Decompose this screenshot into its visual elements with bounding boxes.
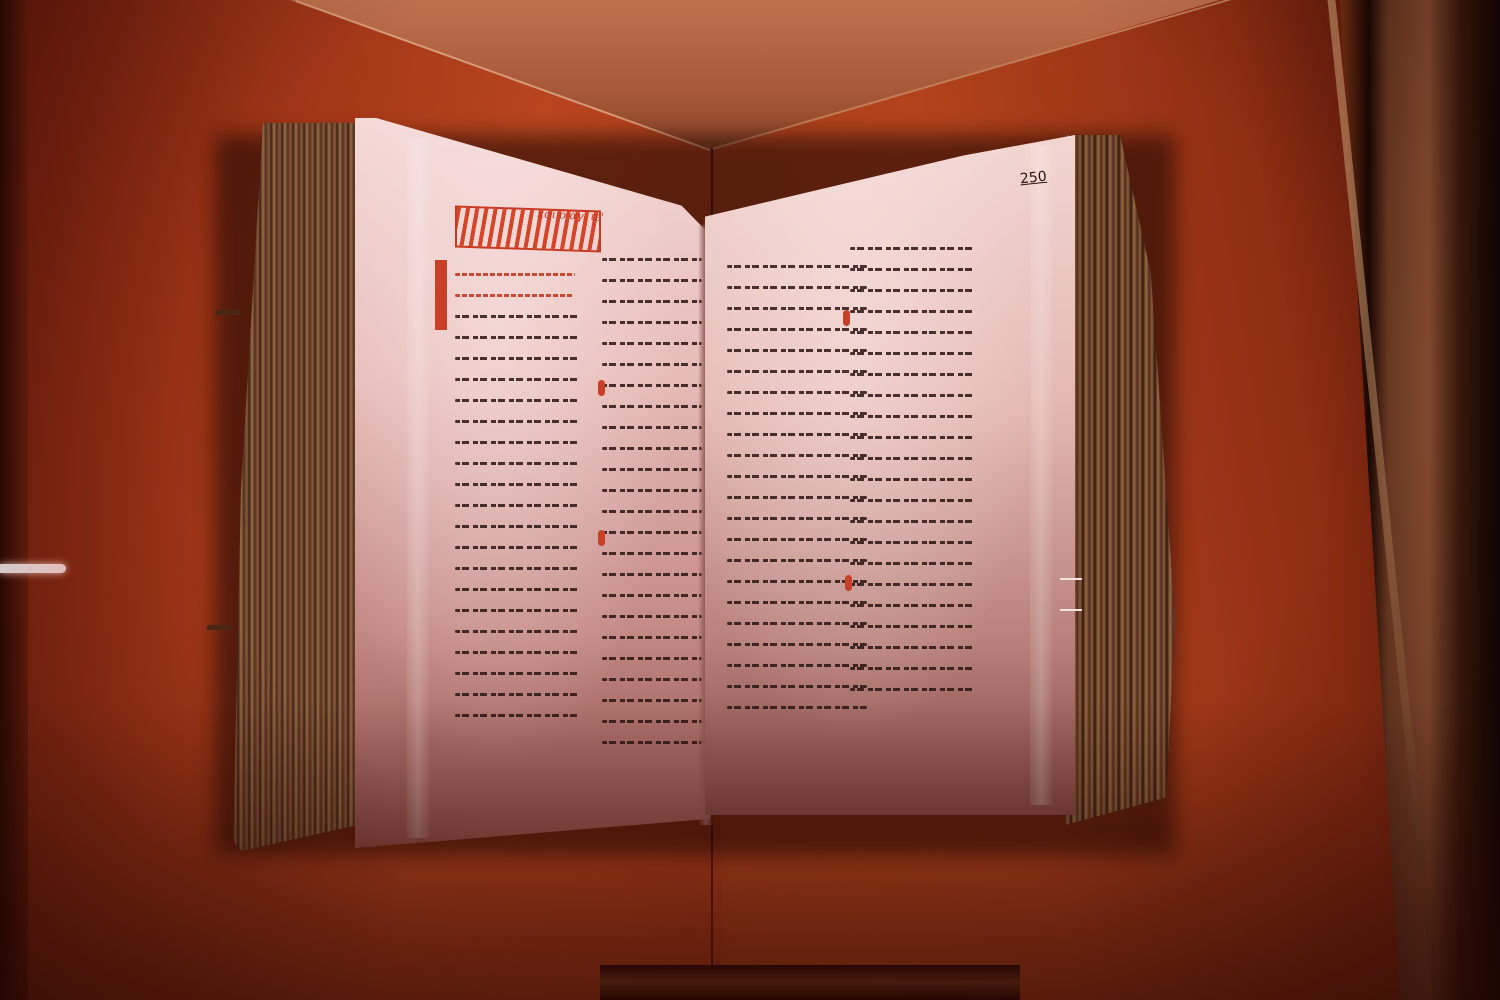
case-frame-left [0,0,28,1000]
text-column [727,265,867,727]
open-manuscript: καὶ ὁ ἁγ. ιε' [215,115,1185,855]
red-initial [598,380,605,396]
clasp-pin [215,310,241,315]
glass-reflection [1030,145,1052,805]
clasp-pin [207,625,233,630]
museum-display-case: καὶ ὁ ἁγ. ιε' [0,0,1500,1000]
red-initial [598,530,605,546]
glass-glint [1060,578,1082,580]
red-initial-letter [435,260,447,330]
text-column [602,258,702,762]
red-initial [845,575,852,591]
folio-number: 250 [1019,169,1047,188]
light-strip [0,564,66,573]
glass-reflection [407,138,429,838]
red-initial [843,310,850,326]
text-column [455,273,580,735]
text-column [850,247,975,709]
glass-glint [1060,609,1082,611]
right-page [705,135,1075,815]
case-floor-trim [600,965,1020,1000]
